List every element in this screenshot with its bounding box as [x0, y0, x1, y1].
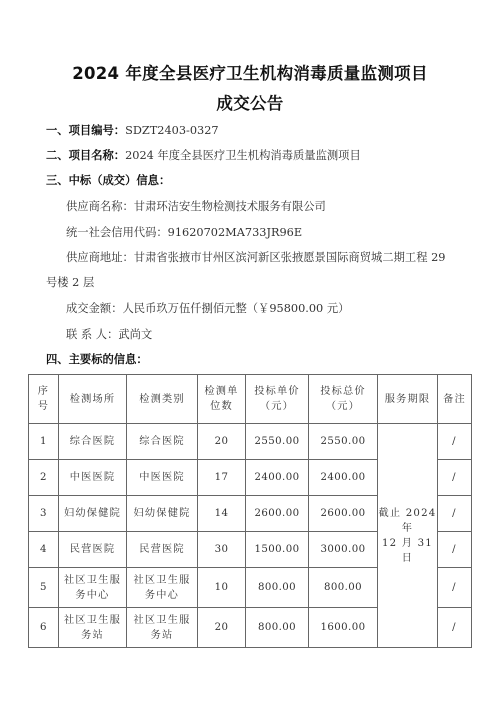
main-items-heading: 四、主要标的信息：: [46, 351, 148, 367]
table-row: 1 综合医院 综合医院 20 2550.00 2550.00 截止 2024年1…: [29, 424, 472, 460]
project-number: 一、项目编号：SDZT2403-0327: [46, 122, 219, 138]
project-number-value: SDZT2403-0327: [125, 124, 219, 137]
supplier-name: 供应商名称：甘肃环洁安生物检测技术服务有限公司: [66, 198, 326, 214]
document-subtitle: 成交公告: [0, 90, 500, 114]
project-number-label: 一、项目编号：: [46, 124, 125, 137]
credit-code: 统一社会信用代码：91620702MA733JR96E: [66, 224, 302, 240]
project-name-value: 2024 年度全县医疗卫生机构消毒质量监测项目: [125, 149, 361, 162]
header-unit-price: 投标单价（元）: [246, 375, 309, 424]
header-remark: 备注: [438, 375, 472, 424]
deal-amount: 成交金额：人民币玖万伍仟捌佰元整（￥95800.00 元）: [66, 300, 349, 316]
items-table: 序号 检测场所 检测类别 检测单位数 投标单价（元） 投标总价（元） 服务期限 …: [28, 374, 472, 648]
document-title: 2024 年度全县医疗卫生机构消毒质量监测项目: [0, 60, 500, 84]
contact-person: 联 系 人：武尚文: [66, 326, 152, 342]
supplier-address: 供应商地址：甘肃省张掖市甘州区滨河新区张掖愿景国际商贸城二期工程 29: [66, 249, 445, 265]
project-name-label: 二、项目名称：: [46, 149, 125, 162]
header-seq: 序号: [29, 375, 59, 424]
header-service-period: 服务期限: [378, 375, 438, 424]
winner-info-heading: 三、中标（成交）信息：: [46, 172, 170, 188]
table-header-row: 序号 检测场所 检测类别 检测单位数 投标单价（元） 投标总价（元） 服务期限 …: [29, 375, 472, 424]
header-category: 检测类别: [127, 375, 198, 424]
header-total-price: 投标总价（元）: [309, 375, 378, 424]
supplier-address-cont: 号楼 2 层: [46, 274, 94, 290]
header-units: 检测单位数: [198, 375, 246, 424]
project-name: 二、项目名称：2024 年度全县医疗卫生机构消毒质量监测项目: [46, 147, 361, 163]
service-period-value: 截止 2024年12 月 31日: [378, 424, 438, 648]
header-site: 检测场所: [59, 375, 127, 424]
